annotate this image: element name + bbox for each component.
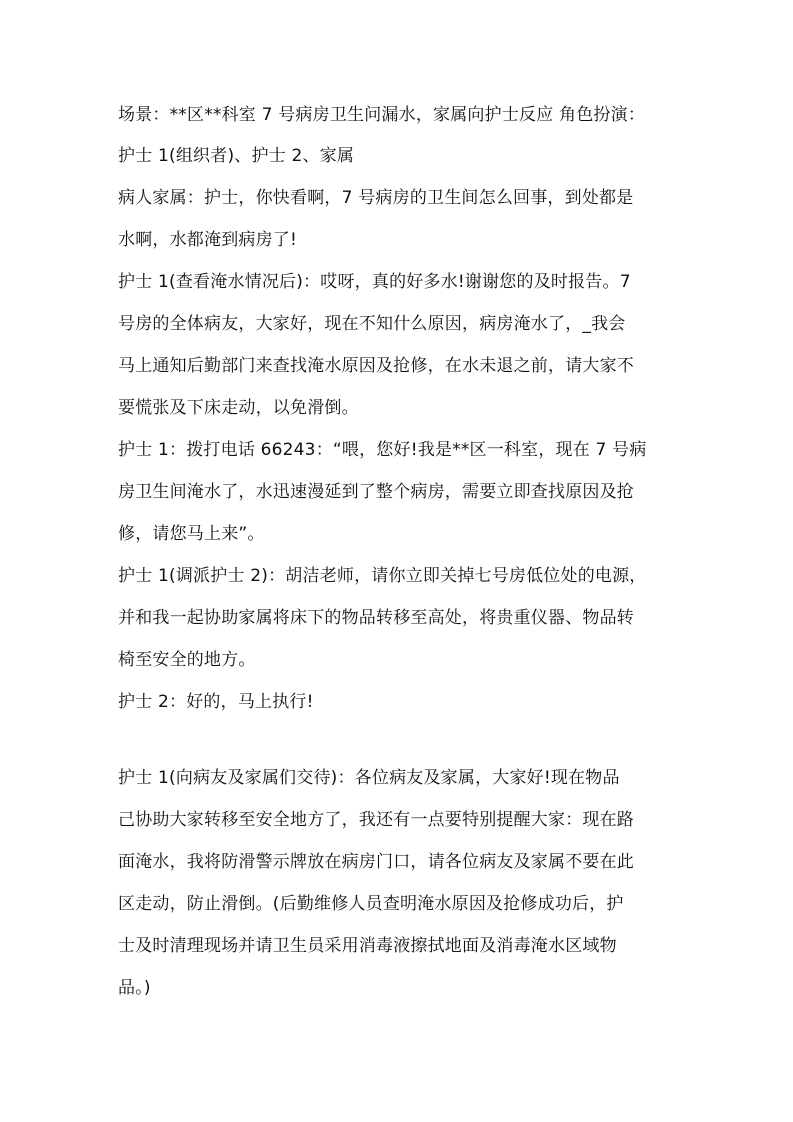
document-page: 场景：**区**科室 7 号病房卫生问漏水，家属向护士反应 角色扮演： 护士 1… <box>0 0 793 1122</box>
text-line: 区走动，防止滑倒。(后勤维修人员查明淹水原因及抢修成功后，护 <box>118 893 624 915</box>
text-line: 品。) <box>118 977 151 999</box>
text-line: 己协助大家转移至安全地方了，我还有一点要特别提醒大家：现在路 <box>118 809 634 831</box>
text-line: 护士 1(向病友及家属们交待)：各位病友及家属，大家好!现在物品 <box>118 767 620 789</box>
text-line: 房卫生间淹水了，水迅速漫延到了整个病房，需要立即查找原因及抢 <box>118 481 634 503</box>
text-line: 护士 1(查看淹水情况后)：哎呀，真的好多水!谢谢您的及时报告。7 <box>118 271 631 293</box>
text-line: 病人家属：护士，你快看啊，7 号病房的卫生间怎么回事，到处都是 <box>118 187 633 209</box>
text-line: 护士 1：拨打电话 66243：“喂，您好!我是**区一科室，现在 7 号病 <box>118 439 647 461</box>
text-line: 并和我一起协助家属将床下的物品转移至高处，将贵重仪器、物品转 <box>118 607 634 629</box>
text-line: 号房的全体病友，大家好，现在不知什么原因，病房淹水了，_我会 <box>118 313 626 335</box>
text-line: 护士 2：好的，马上执行! <box>118 691 314 713</box>
text-line: 椅至安全的地方。 <box>118 649 256 671</box>
text-line: 士及时清理现场并请卫生员采用消毒液擦拭地面及消毒淹水区域物 <box>118 935 617 957</box>
text-line: 要慌张及下床走动，以免滑倒。 <box>118 397 359 419</box>
text-line: 水啊，水都淹到病房了! <box>118 229 297 251</box>
text-line: 护士 1(调派护士 2)：胡洁老师，请你立即关掉七号房低位处的电源， <box>118 565 647 587</box>
text-line: 马上通知后勤部门来查找淹水原因及抢修，在水未退之前，请大家不 <box>118 355 634 377</box>
text-line: 场景：**区**科室 7 号病房卫生问漏水，家属向护士反应 角色扮演： <box>118 104 645 126</box>
text-line: 修，请您马上来”。 <box>118 523 265 545</box>
text-line: 护士 1(组织者)、护士 2、家属 <box>118 145 354 167</box>
text-line: 面淹水，我将防滑警示牌放在病房门口，请各位病友及家属不要在此 <box>118 851 634 873</box>
